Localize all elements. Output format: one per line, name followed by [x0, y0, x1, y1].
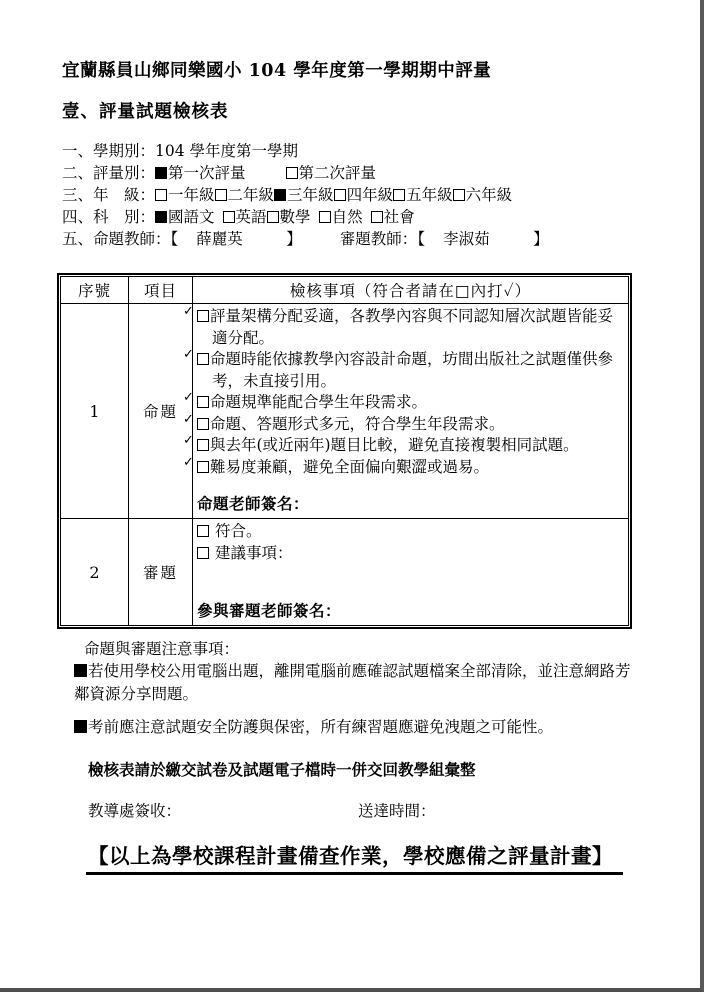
row-item: 審題 [129, 519, 193, 626]
option-unselected: 一年級 [155, 186, 215, 204]
reviewer-name: 李淑茹 [425, 228, 533, 250]
checked-checkbox-icon: ✓ [197, 396, 209, 408]
check-item-text: 難易度兼顧，避免全面偏向艱澀或過易。 [210, 458, 489, 476]
empty-checkbox-icon [371, 211, 383, 223]
option-label: 六年級 [466, 186, 513, 204]
signature-label: 參與審題老師簽名： [197, 600, 625, 622]
filled-square-bullet [74, 664, 87, 677]
empty-checkbox-icon [155, 189, 167, 201]
open-bracket: 【 [417, 230, 425, 248]
check-item-checked: ✓與去年(或近兩年)題目比較，避免直接複製相同試題。 [197, 435, 625, 457]
filled-square-bullet [74, 720, 87, 733]
checked-checkbox-icon: ✓ [197, 310, 209, 322]
check-items-wrap: 符合。建議事項：參與審題老師簽名： [197, 521, 625, 622]
option-unselected: 自然 [319, 208, 363, 226]
option-unselected: 四年級 [334, 186, 394, 204]
check-item-text: 建議事項： [215, 544, 293, 562]
option-unselected: 五年級 [393, 186, 453, 204]
row-serial: 1 [61, 304, 129, 519]
option-selected: 第一次評量 [155, 164, 246, 182]
empty-checkbox-icon [215, 189, 227, 201]
office-sign-label: 教導處簽收： [88, 800, 181, 822]
semester-label: 一、學期別： [62, 142, 155, 160]
scanned-document-page: 宜蘭縣員山鄉同樂國小 104 學年度第一學期期中評量 壹、評量試題檢核表 一、學… [0, 0, 704, 992]
checked-checkbox-icon: ✓ [197, 418, 209, 430]
row-item: 命題 [129, 304, 193, 519]
proposer-name: 薛麗英 [178, 228, 286, 250]
teacher-line: 五、命題教師：【薛麗英】審題教師：【李淑茹】 [62, 228, 634, 250]
delivery-time-label: 送達時間： [358, 800, 436, 822]
checked-checkbox-icon: ✓ [197, 439, 209, 451]
filled-checkbox-icon [155, 167, 167, 179]
check-item-checked: ✓命題、答題形式多元，符合學生年段需求。 [197, 414, 625, 436]
document-content: 宜蘭縣員山鄉同樂國小 104 學年度第一學期期中評量 壹、評量試題檢核表 一、學… [0, 0, 700, 875]
check-item-unchecked: 建議事項： [197, 543, 625, 565]
assessment-options: 第一次評量第二次評量 [155, 164, 376, 182]
grade-label: 三、年 級： [62, 186, 155, 204]
option-unselected: 二年級 [215, 186, 275, 204]
checked-checkbox-icon: ✓ [197, 353, 209, 365]
table-row: 2審題符合。建議事項：參與審題老師簽名： [61, 519, 629, 626]
option-label: 數學 [280, 208, 311, 226]
notes-section: 命題與審題注意事項： 若使用學校公用電腦出題，離開電腦前應確認試題檔案全部清除，… [62, 638, 634, 739]
empty-checkbox-icon [334, 189, 346, 201]
check-item-text: 符合。 [215, 522, 262, 540]
option-label: 三年級 [287, 186, 334, 204]
header-item: 項目 [129, 277, 193, 304]
table-row: 1命題✓評量架構分配妥適，各教學內容與不同認知層次試題皆能妥適分配。✓命題時能依… [61, 304, 629, 519]
empty-checkbox-icon [223, 211, 235, 223]
signature-label: 命題老師簽名： [197, 493, 625, 515]
option-label: 第二次評量 [299, 164, 377, 182]
option-unselected: 第二次評量 [286, 164, 377, 182]
option-label: 英語 [236, 208, 267, 226]
open-bracket: 【 [171, 230, 179, 248]
option-label: 社會 [384, 208, 415, 226]
document-title: 宜蘭縣員山鄉同樂國小 104 學年度第一學期期中評量 [62, 58, 634, 84]
check-item-unchecked: 符合。 [197, 521, 625, 543]
check-item-text: 評量架構分配妥適，各教學內容與不同認知層次試題皆能妥適分配。 [210, 307, 613, 347]
header-check-items: 檢核事項（符合者請在□內打✓） [193, 277, 629, 304]
close-bracket: 】 [533, 230, 549, 248]
assessment-line: 二、評量別：第一次評量第二次評量 [62, 162, 634, 184]
subject-line: 四、科 別：國語文英語數學自然社會 [62, 206, 634, 228]
option-unselected: 社會 [371, 208, 415, 226]
submit-instruction: 檢核表請於繳交試卷及試題電子檔時一併交回教學組彙整 [88, 759, 634, 781]
proposer-label: 五、命題教師： [62, 230, 171, 248]
bottom-note: 【以上為學校課程計畫備查作業，學校應備之評量計畫】 [86, 841, 623, 875]
section-title: 壹、評量試題檢核表 [62, 99, 634, 125]
note-text: 考前應注意試題安全防護與保密，所有練習題應避免洩題之可能性。 [88, 718, 553, 736]
empty-checkbox-icon [286, 167, 298, 179]
checklist-table-frame: 序號 項目 檢核事項（符合者請在□內打✓） 1命題✓評量架構分配妥適，各教學內容… [57, 273, 632, 629]
notes-title: 命題與審題注意事項： [84, 638, 634, 660]
reviewer-label: 審題教師： [340, 230, 418, 248]
check-item-checked: ✓命題規準能配合學生年段需求。 [197, 392, 625, 414]
option-selected: 三年級 [274, 186, 334, 204]
row-check-items: 符合。建議事項：參與審題老師簽名： [193, 519, 629, 626]
check-item-checked: ✓評量架構分配妥適，各教學內容與不同認知層次試題皆能妥適分配。 [197, 306, 625, 349]
option-label: 自然 [332, 208, 363, 226]
form-meta: 一、學期別：104 學年度第一學期 二、評量別：第一次評量第二次評量 三、年 級… [62, 140, 634, 250]
semester-value: 104 學年度第一學期 [155, 142, 298, 160]
option-unselected: 英語 [223, 208, 267, 226]
subject-options: 國語文英語數學自然社會 [155, 208, 415, 226]
option-label: 二年級 [228, 186, 275, 204]
row-serial: 2 [61, 519, 129, 626]
option-unselected: 六年級 [453, 186, 513, 204]
header-serial: 序號 [61, 277, 129, 304]
filled-checkbox-icon [155, 211, 167, 223]
check-item-text: 命題、答題形式多元，符合學生年段需求。 [210, 415, 505, 433]
assessment-label: 二、評量別： [62, 164, 155, 182]
subject-label: 四、科 別： [62, 208, 155, 226]
option-unselected: 數學 [267, 208, 311, 226]
option-selected: 國語文 [155, 208, 215, 226]
empty-checkbox-icon [319, 211, 331, 223]
notes-items: 若使用學校公用電腦出題，離開電腦前應確認試題檔案全部清除，並注意網路芳鄰資源分享… [62, 660, 634, 739]
empty-checkbox-icon [267, 211, 279, 223]
option-label: 第一次評量 [168, 164, 246, 182]
note-item: 考前應注意試題安全防護與保密，所有練習題應避免洩題之可能性。 [74, 716, 634, 739]
checked-checkbox-icon: ✓ [197, 461, 209, 473]
empty-checkbox-icon [197, 547, 209, 559]
empty-checkbox-icon [453, 189, 465, 201]
option-label: 一年級 [168, 186, 215, 204]
check-items-wrap: ✓評量架構分配妥適，各教學內容與不同認知層次試題皆能妥適分配。✓命題時能依據教學… [197, 306, 625, 515]
check-item-text: 命題時能依據教學內容設計命題，坊間出版社之試題僅供參考，未直接引用。 [210, 350, 613, 390]
signature-line: 教導處簽收： 送達時間： [88, 800, 634, 822]
check-item-text: 與去年(或近兩年)題目比較，避免直接複製相同試題。 [210, 436, 579, 454]
note-item: 若使用學校公用電腦出題，離開電腦前應確認試題檔案全部清除，並注意網路芳鄰資源分享… [74, 660, 634, 705]
empty-checkbox-icon [197, 525, 209, 537]
semester-line: 一、學期別：104 學年度第一學期 [62, 140, 634, 162]
grade-line: 三、年 級：一年級二年級三年級四年級五年級六年級 [62, 184, 634, 206]
option-label: 四年級 [347, 186, 394, 204]
grade-options: 一年級二年級三年級四年級五年級六年級 [155, 186, 512, 204]
check-item-checked: ✓難易度兼顧，避免全面偏向艱澀或過易。 [197, 457, 625, 479]
checklist-table: 序號 項目 檢核事項（符合者請在□內打✓） 1命題✓評量架構分配妥適，各教學內容… [60, 276, 629, 626]
note-text: 若使用學校公用電腦出題，離開電腦前應確認試題檔案全部清除，並注意網路芳鄰資源分享… [74, 662, 631, 703]
close-bracket: 】 [286, 230, 302, 248]
check-item-checked: ✓命題時能依據教學內容設計命題，坊間出版社之試題僅供參考，未直接引用。 [197, 349, 625, 392]
empty-checkbox-icon [393, 189, 405, 201]
filled-checkbox-icon [274, 189, 286, 201]
row-check-items: ✓評量架構分配妥適，各教學內容與不同認知層次試題皆能妥適分配。✓命題時能依據教學… [193, 304, 629, 519]
option-label: 國語文 [168, 208, 215, 226]
option-label: 五年級 [406, 186, 453, 204]
table-header-row: 序號 項目 檢核事項（符合者請在□內打✓） [61, 277, 629, 304]
check-item-text: 命題規準能配合學生年段需求。 [210, 393, 427, 411]
